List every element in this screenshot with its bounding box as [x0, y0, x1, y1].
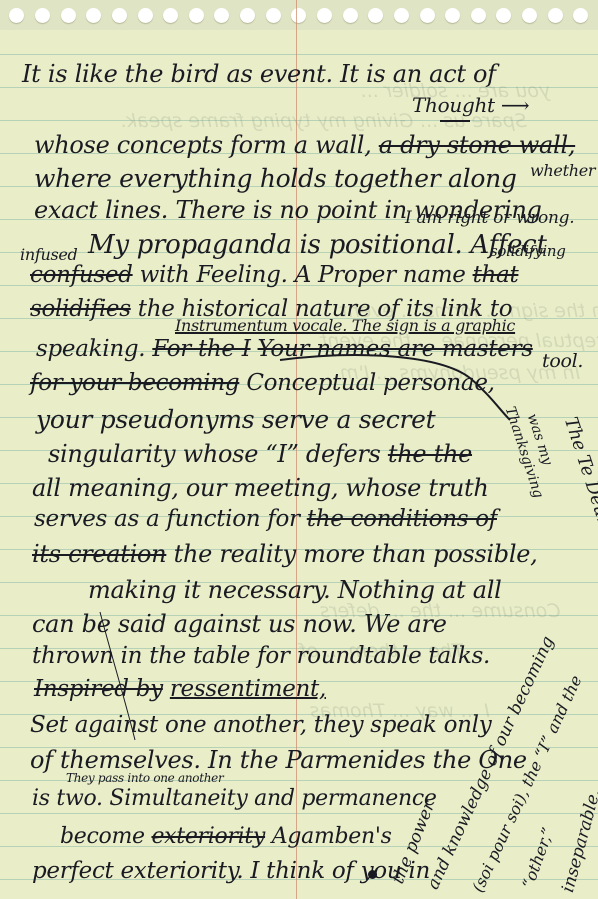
line-text: singularity whose “I” defers — [48, 440, 381, 468]
inserted-phrase-pass-into: They pass into one another — [66, 772, 223, 784]
perforation-hole — [445, 8, 460, 23]
perforation-hole — [61, 8, 76, 23]
line-text: Agamben's — [272, 824, 392, 849]
text-line-11: singularity whose “I” defers the the — [48, 442, 472, 466]
struck-underlined-text: Your names are masters — [258, 336, 533, 362]
perforation-hole — [35, 8, 50, 23]
perforation-holes — [0, 8, 598, 24]
struck-text: For the I — [152, 336, 250, 362]
struck-text: that — [473, 262, 519, 288]
margin-note-other: “other,” — [520, 826, 557, 891]
underlined-text: ressentiment, — [170, 676, 326, 702]
inserted-word-whether: whether — [530, 163, 595, 179]
struck-text: a dry stone wall, — [379, 131, 575, 159]
text-line-21: is two. Simultaneity and permanence — [32, 788, 437, 810]
text-line-20: of themselves. In the Parmenides the One — [30, 748, 527, 772]
perforation-hole — [112, 8, 127, 23]
perforation-hole — [163, 8, 178, 23]
inserted-word-tool: tool. — [542, 352, 583, 371]
text-line-18: Inspired by ressentiment, — [34, 678, 326, 701]
perforation-hole — [343, 8, 358, 23]
text-line-19: Set against one another, they speak only — [30, 714, 491, 737]
line-text: with Feeling. A Proper name — [140, 262, 466, 288]
legal-pad-page: you are ... soldier ... Spare us ... Giv… — [0, 0, 598, 899]
ink-blot — [368, 870, 377, 879]
perforation-hole — [522, 8, 537, 23]
text-line-2: whose concepts form a wall, a dry stone … — [34, 133, 575, 157]
text-line-13: serves as a function for the conditions … — [34, 508, 497, 531]
margin-note-inseparable: inseparable. — [560, 787, 598, 894]
arrow-icon: ⟶ — [501, 93, 529, 117]
perforation-hole — [471, 8, 486, 23]
text-line-14: its creation the reality more than possi… — [32, 542, 537, 566]
struck-text: the conditions of — [307, 506, 497, 532]
perforation-hole — [9, 8, 24, 23]
perforation-hole — [291, 8, 306, 23]
struck-text: the the — [388, 440, 472, 468]
line-text: become — [60, 824, 145, 849]
perforation-hole — [240, 8, 255, 23]
perforation-hole — [189, 8, 204, 23]
inserted-word-solidifying: solidifying — [490, 244, 566, 259]
perforation-hole — [420, 8, 435, 23]
line-text: speaking. — [36, 336, 145, 362]
text-line-12: all meaning, our meeting, whose truth — [32, 476, 489, 500]
text-line-1-continuation: Thought ⟶ — [412, 95, 529, 115]
perforation-hole — [368, 8, 383, 23]
text-line-3: where everything holds together along — [34, 166, 517, 191]
struck-text: its creation — [32, 540, 166, 568]
perforation-hole — [548, 8, 563, 23]
text-line-1: It is like the bird as event. It is an a… — [22, 62, 496, 86]
line-text: the reality more than possible, — [174, 540, 538, 568]
struck-text: for your becoming — [30, 370, 239, 396]
struck-text: solidifies — [30, 296, 131, 322]
struck-text: confused — [30, 262, 133, 288]
inserted-phrase-instrumentum: Instrumentum vocale. The sign is a graph… — [175, 318, 515, 334]
text-line-9: for your becoming Conceptual personae, — [30, 372, 495, 395]
inserted-phrase-right-wrong: I am right or wrong. — [405, 210, 574, 227]
perforation-hole — [394, 8, 409, 23]
struck-text: Inspired by — [34, 676, 163, 702]
line-text: Conceptual personae, — [246, 370, 494, 396]
text-line-5: My propaganda is positional. Affect — [88, 232, 547, 258]
text-line-22: become exteriority Agamben's — [60, 826, 392, 848]
perforation-hole — [138, 8, 153, 23]
perforation-hole — [573, 8, 588, 23]
text-line-17: thrown in the table for roundtable talks… — [32, 645, 490, 668]
perforation-hole — [317, 8, 332, 23]
perforation-hole — [86, 8, 101, 23]
text-line-15: making it necessary. Nothing at all — [88, 578, 501, 602]
inserted-word-thought: Thought — [412, 93, 495, 117]
text-line-8: speaking. For the I Your names are maste… — [36, 338, 533, 361]
line-text: whose concepts form a wall, — [34, 131, 371, 159]
perforation-hole — [214, 8, 229, 23]
text-line-6: confused with Feeling. A Proper name tha… — [30, 264, 518, 287]
perforation-hole — [266, 8, 281, 23]
struck-text: exteriority — [151, 824, 265, 849]
line-text: serves as a function for — [34, 506, 300, 532]
margin-note-te-deum: The Te Deum — [561, 415, 598, 535]
text-line-16: can be said against us now. We are — [32, 612, 447, 636]
text-line-10: your pseudonyms serve a secret — [36, 407, 435, 432]
inserted-word-infused: infused — [20, 247, 77, 263]
perforation-hole — [496, 8, 511, 23]
